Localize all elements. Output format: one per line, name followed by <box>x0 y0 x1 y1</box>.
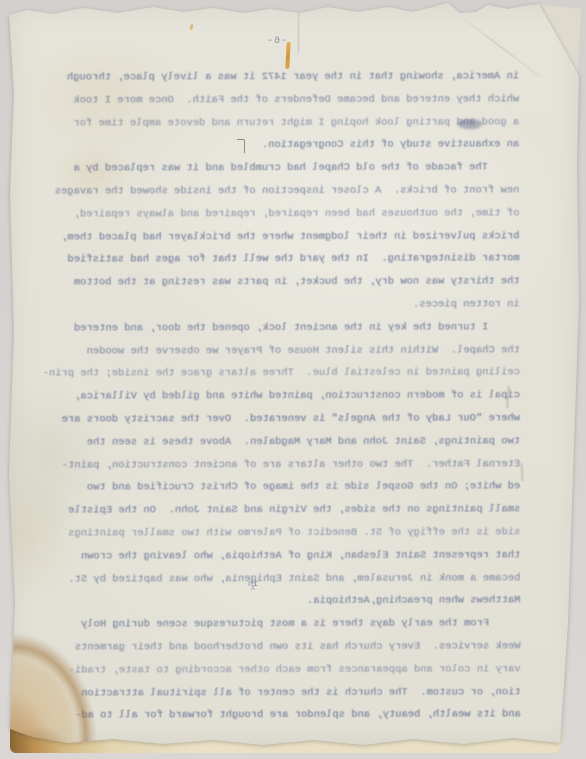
orange-speck <box>189 24 193 31</box>
typed-line: new front of bricks. A closer inspection… <box>49 179 519 203</box>
typed-line: From the early days there is a most pict… <box>51 613 521 637</box>
overstrike-smudge <box>458 119 482 129</box>
typed-line: ed white; On the Gospel side is the imag… <box>50 476 520 500</box>
typed-line: which they entered and became Defenders … <box>49 88 519 112</box>
typed-line: Week services. Every church has its own … <box>51 635 521 659</box>
pencil-bracket-icon <box>237 139 245 153</box>
typewritten-body: in America, showing that in the year 147… <box>49 65 521 727</box>
typed-line: I turned the key in the ancient lock, op… <box>50 316 520 340</box>
typed-line: mortar disintegrating. In the yard the w… <box>50 248 520 272</box>
typed-line: vary in color and appearances from each … <box>51 658 521 682</box>
typed-line: Eternal Father. The two other altars are… <box>50 453 520 477</box>
paragraph: in America, showing that in the year 147… <box>49 65 519 157</box>
typed-line: two paintings, Saint John and Mary Magda… <box>50 430 520 454</box>
typed-line: that represent Saint Elesban, King of Ae… <box>50 544 520 568</box>
scanned-page: -6- in America, showing that in the year… <box>8 3 580 747</box>
typed-line: side is the effigy of St. Benedict of Pa… <box>50 521 520 545</box>
pencil-insertion-note: in ^ <box>244 580 262 594</box>
typed-line: a good and parting look hoping I might r… <box>49 111 519 135</box>
typed-line: of time, the outhouses had been repaired… <box>50 202 520 226</box>
paragraph: I turned the key in the ancient lock, op… <box>50 316 521 614</box>
scanned-document-view: { "page": { "number": "-6-", "paragraphs… <box>0 0 586 759</box>
typed-line: The facade of the old Chapel had crumble… <box>49 157 519 181</box>
typed-line: in America, showing that in the year 147… <box>49 65 519 89</box>
typed-line: tion, or custom. The church is the cente… <box>51 681 521 705</box>
typed-line: an exhaustive study of this Congregation… <box>49 134 519 158</box>
typed-line: ceiling painted in celestial blue. Three… <box>50 362 520 386</box>
scan-shadow-wrap: -6- in America, showing that in the year… <box>0 0 586 759</box>
paragraph: The facade of the old Chapel had crumble… <box>49 157 519 318</box>
paragraph: From the early days there is a most pict… <box>51 613 521 728</box>
typed-line: became a monk in Jerusalem, and Saint Ep… <box>50 567 520 591</box>
typed-line: the Chapel. Within this silent House of … <box>50 339 520 363</box>
typed-line: Matthews when preaching,Aethiopia. <box>51 590 521 614</box>
typed-line: small paintings on the sides, the Virgin… <box>50 499 520 523</box>
typed-line: where "Our Lady of the Angels" is venera… <box>50 407 520 431</box>
caret-icon: ^ <box>244 588 262 594</box>
typed-line: and its wealth, beauty, and splendor are… <box>51 704 521 728</box>
typed-line: cipal is of modern construction, painted… <box>50 385 520 409</box>
page-number: -6- <box>265 36 287 47</box>
bleedthrough-mirrored-text: -6- in America, showing that in the year… <box>49 32 521 739</box>
vertical-crease <box>298 5 299 53</box>
typed-line: in rotten pieces. <box>50 293 520 317</box>
margin-pencil-stroke <box>521 463 524 481</box>
typed-line: bricks pulverized in their lodgment wher… <box>50 225 520 249</box>
typed-line: the thirsty was now dry, the bucket, in … <box>50 271 520 295</box>
